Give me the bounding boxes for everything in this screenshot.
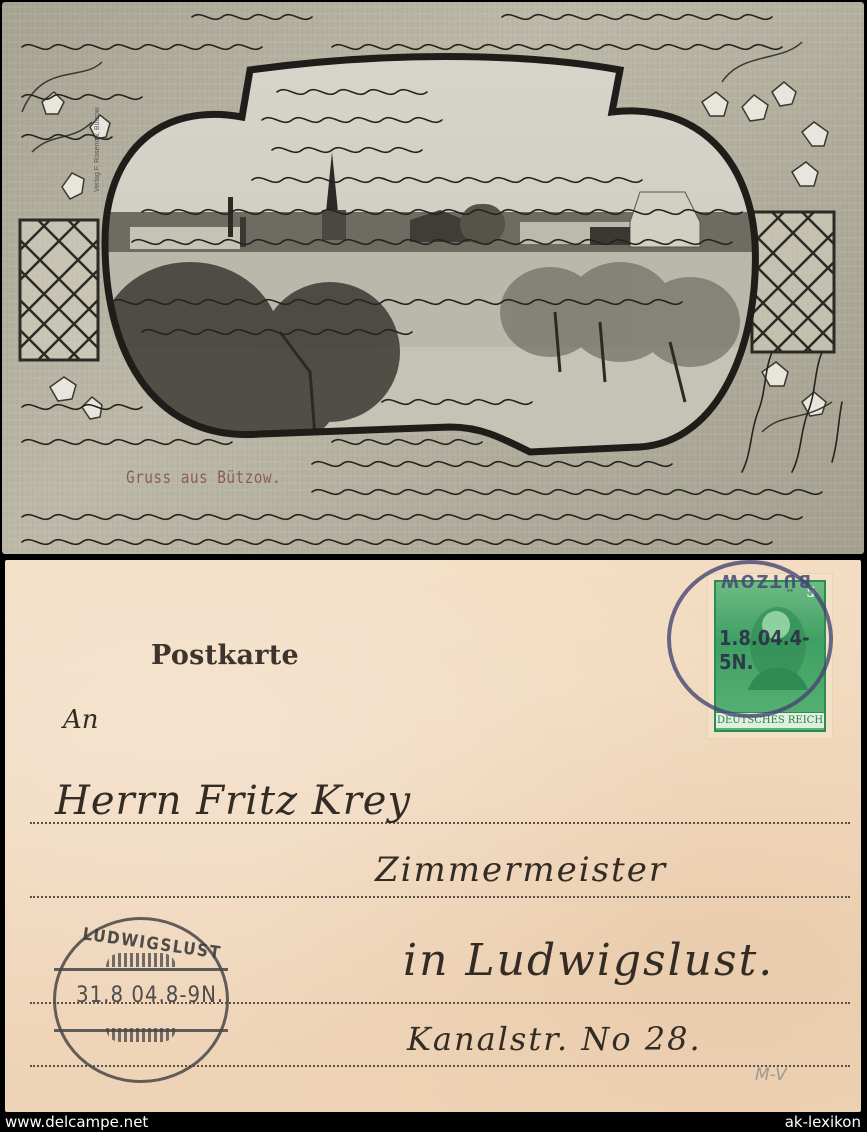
postmark-date: 31.8 04.8-9N.: [76, 983, 224, 1008]
postmark-date: 1.8.04.4-5N.: [719, 626, 829, 674]
watermark-brand: ak-lexikon: [785, 1113, 861, 1131]
postmark-town: BÜTZOW: [719, 570, 811, 591]
address-line-2: [30, 896, 850, 898]
publisher-imprint: Verlag F. Rosenow, Bützow: [94, 107, 101, 192]
postcard-front: Gruss aus Bützow. Verlag F. Rosenow, Büt…: [2, 2, 864, 554]
printed-greeting: Gruss aus Bützow.: [126, 468, 281, 488]
address-street: Kanalstr. No 28.: [407, 1020, 702, 1058]
address-city: in Ludwigslust.: [403, 935, 774, 986]
address-recipient: Herrn Fritz Krey: [55, 778, 411, 824]
watermark-source: www.delcampe.net: [5, 1113, 148, 1131]
postkarte-heading: Postkarte: [151, 640, 299, 671]
pencil-note: M-V: [755, 1065, 787, 1085]
postmark-ludwigslust: LUDWIGSLUST 31.8 04.8-9N.: [53, 917, 229, 1083]
address-occupation: Zimmermeister: [375, 850, 667, 890]
postmark-hatch-icon: [106, 953, 176, 967]
address-salutation: An: [63, 705, 99, 735]
postmark-buetzow: BÜTZOW 1.8.04.4-5N.: [667, 560, 833, 718]
postcard-back: Postkarte An Herrn Fritz Krey Zimmermeis…: [5, 560, 861, 1112]
postmark-hatch-icon: [106, 1028, 176, 1042]
